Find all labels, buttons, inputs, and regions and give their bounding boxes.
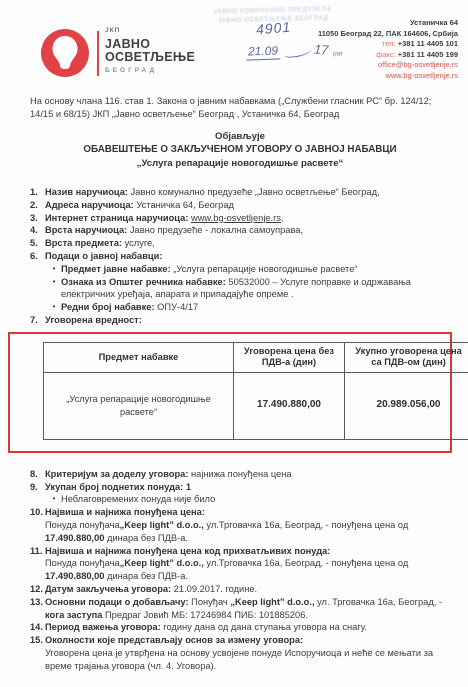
table-header-row: Предмет набавке Уговорена цена без ПДВ-а… bbox=[44, 342, 468, 372]
company-name: ЈКП ЈАВНО ОСВЕТЉЕЊЕ БЕОГРАД bbox=[105, 28, 195, 74]
list-item-1: 1. Назив наручиоца: Јавно комунално пред… bbox=[30, 186, 450, 199]
title-publishes: Објављује bbox=[30, 131, 450, 144]
list-item-4: 4. Врста наручиоца: Јавно предузеће - ло… bbox=[30, 224, 450, 237]
company-type: ЈКП bbox=[105, 28, 195, 35]
list-item-7: 7. Уговорена вредност: bbox=[30, 314, 450, 327]
cell-subject: „Услуга репарације новогодишње расвете“ bbox=[44, 372, 234, 439]
company-name-line2: ОСВЕТЉЕЊЕ bbox=[105, 51, 195, 64]
contract-value-table: Предмет набавке Уговорена цена без ПДВ-а… bbox=[43, 342, 468, 440]
offer-line: Понуда понуђача„Keep light” d.o.o., ул.Т… bbox=[45, 519, 450, 545]
list-item-15: 15. Околности које представљају основ за… bbox=[30, 634, 450, 672]
col-price-with-vat: Укупно уговорена цена са ПДВ-ом (дин) bbox=[345, 342, 468, 372]
contact-fax: факс: +381 11 4405 199 bbox=[318, 50, 458, 61]
list-item-6: 6. Подаци о јавној набавци: bbox=[30, 250, 450, 263]
light-bulb-icon bbox=[40, 28, 90, 78]
bullet-cpv-code: • Ознака из Општег речника набавке: 5053… bbox=[47, 276, 450, 302]
red-annotation-box: Предмет набавке Уговорена цена без ПДВ-а… bbox=[8, 332, 452, 453]
list-item-3: 3. Интернет страница наручиоца: www.bg-o… bbox=[30, 212, 450, 225]
handwritten-date: 21.09 bbox=[246, 43, 281, 60]
cell-price-with-vat: 20.989.056,00 bbox=[345, 372, 468, 439]
contact-website: www.bg-osvetljenje.rs bbox=[318, 71, 458, 82]
company-name-line1: ЈАВНО bbox=[105, 38, 195, 51]
bullet-icon: • bbox=[47, 301, 61, 314]
document-page: ЈКП ЈАВНО ОСВЕТЉЕЊЕ БЕОГРАД ЈАВНО КОМУНА… bbox=[0, 0, 468, 687]
contact-phone: тел: +381 11 4405 101 bbox=[318, 39, 458, 50]
website-link: www.bg-osvetljenje.rs, bbox=[191, 213, 284, 223]
list-item-2: 2. Адреса наручиоца: Устаничка 64, Беогр… bbox=[30, 199, 450, 212]
company-logo bbox=[40, 28, 90, 78]
col-subject: Предмет набавке bbox=[44, 342, 234, 372]
document-subtitle: „Услуга репарације новогодишње расвете“ bbox=[30, 158, 450, 171]
list-item-12: 12. Датум закључења уговора: 21.09.2017.… bbox=[30, 583, 450, 596]
intro-paragraph: На основу члана 116. став 1. Закона о ја… bbox=[30, 95, 450, 121]
list-item-14: 14. Период важења уговора: годину дана о… bbox=[30, 621, 450, 634]
bullet-icon: • bbox=[47, 263, 61, 276]
handwritten-protocol-number: 4901 bbox=[255, 18, 291, 37]
table-row: „Услуга репарације новогодишње расвете“ … bbox=[44, 372, 468, 439]
bullet-icon: • bbox=[47, 493, 61, 506]
list-item-5: 5. Врста предмета: услуге, bbox=[30, 237, 450, 250]
col-price-no-vat: Уговорена цена без ПДВ-а (дин) bbox=[234, 342, 345, 372]
bullet-subject: • Предмет јавне набавке: „Услуга репарац… bbox=[47, 263, 450, 276]
cell-price-no-vat: 17.490.880,00 bbox=[234, 372, 345, 439]
offer-line: Понуда понуђача„Keep light” d.o.o., ул.Т… bbox=[45, 557, 450, 583]
document-title: ОБАВЕШТЕЊЕ О ЗАКЉУЧЕНОМ УГОВОРУ О ЈАВНОЈ… bbox=[30, 144, 450, 157]
document-body: На основу члана 116. став 1. Закона о ја… bbox=[30, 95, 450, 673]
company-city: БЕОГРАД bbox=[105, 68, 195, 75]
logo-divider bbox=[97, 31, 99, 76]
contact-street: Устаничка 64 bbox=[318, 18, 458, 29]
contact-city: 11050 Београд 22, ПАК 164606, Србија bbox=[318, 29, 458, 40]
handwritten-stroke bbox=[284, 45, 313, 59]
list-item-10: 10. Највиша и најнижа понуђена цена: Пон… bbox=[30, 506, 450, 544]
list-item-13: 13. Основни подаци о добављачу: Понуђач … bbox=[30, 596, 450, 622]
bullet-icon: • bbox=[47, 276, 61, 302]
list-item-11: 11. Највиша и најнижа понуђена цена код … bbox=[30, 545, 450, 583]
contact-block: Устаничка 64 11050 Београд 22, ПАК 16460… bbox=[318, 18, 458, 81]
list-item-9: 9. Укупан број поднетих понуда: 1 bbox=[30, 481, 450, 494]
contact-email: office@bg-osvetljenje.rs bbox=[318, 60, 458, 71]
list-item-8: 8. Критеријум за доделу уговора: најнижа… bbox=[30, 468, 450, 481]
document-title-block: Објављује ОБАВЕШТЕЊЕ О ЗАКЉУЧЕНОМ УГОВОР… bbox=[30, 131, 450, 171]
amendment-clause: Уговорена цена је утврђена на основу усв… bbox=[45, 647, 450, 673]
bullet-no-late-offers: • Неблаговремених понуда није било bbox=[47, 493, 450, 506]
bullet-procurement-number: • Редни број набавке: ОПУ-4/17 bbox=[47, 301, 450, 314]
